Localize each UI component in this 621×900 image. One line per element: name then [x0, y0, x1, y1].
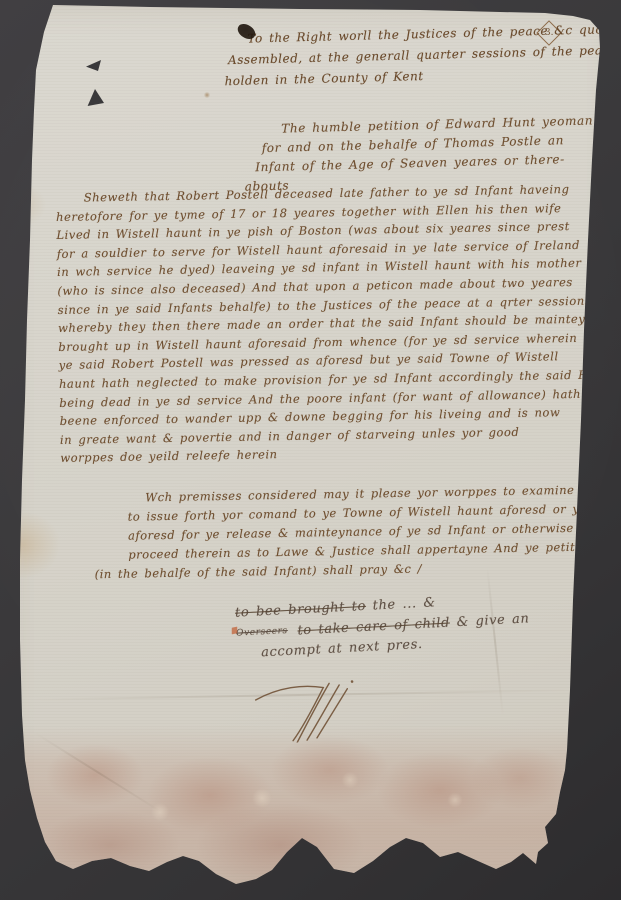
- address-heading: To the Right worll the Justices of the p…: [209, 18, 621, 92]
- annotation-text: the ... &: [372, 595, 436, 613]
- red-streak: [449, 8, 487, 11]
- clerk-annotation: to bee brought to the ... & Overseers to…: [235, 588, 531, 664]
- paper-crease: [35, 732, 163, 813]
- struck-text: Overseers: [236, 626, 288, 639]
- petition-prayer: Wch premisses considered may it please y…: [127, 479, 621, 583]
- petition-body: Sheweth that Robert Postell deceased lat…: [56, 179, 621, 468]
- worm-hole-icon: [84, 89, 104, 106]
- paraph-flourish-icon: [251, 674, 373, 744]
- worm-hole-icon: [86, 60, 101, 71]
- manuscript-paper: 3. To the Right worll the Justices of th…: [0, 0, 621, 900]
- photograph-background: 3. To the Right worll the Justices of th…: [0, 0, 621, 900]
